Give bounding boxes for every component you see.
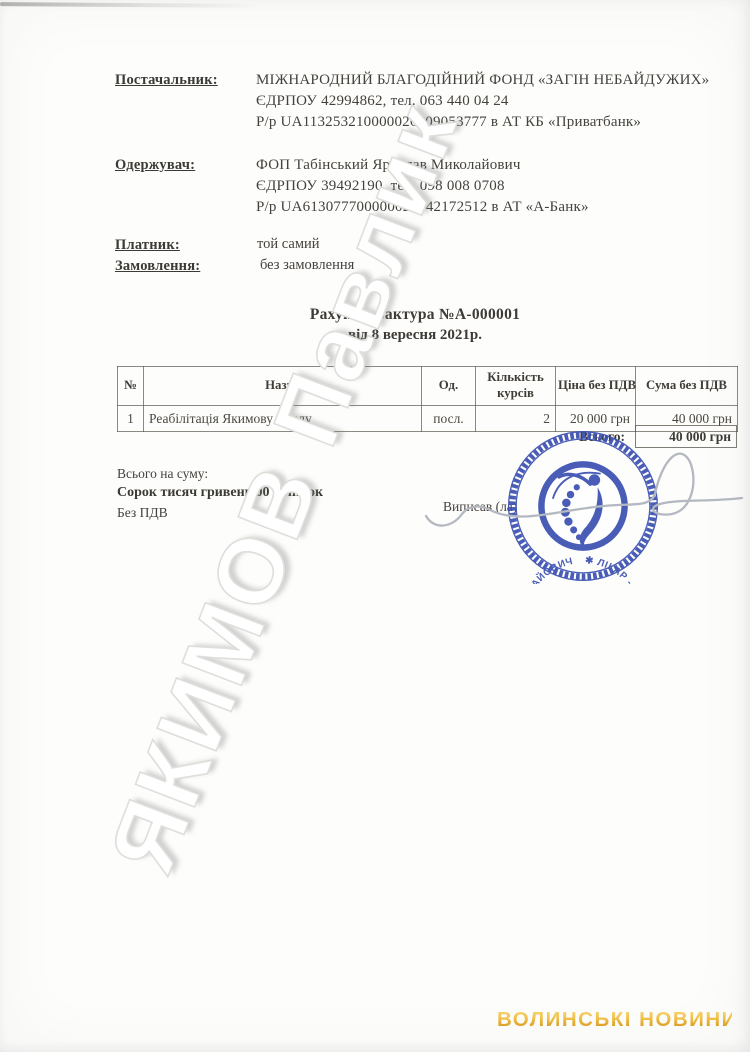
order-label: Замовлення:	[115, 258, 200, 275]
col-header-num: №	[118, 367, 144, 406]
signature-stroke-icon	[408, 432, 748, 552]
sum-label: Всього на суму:	[117, 466, 208, 482]
payer-value: той самий	[257, 236, 320, 253]
receiver-label: Одержувач:	[115, 157, 195, 174]
invoice-title-line2: від 8 вересня 2021р.	[215, 327, 615, 344]
table-header-row: № Назва Од. Кількість курсів Ціна без ПД…	[118, 367, 738, 406]
supplier-account-line: Р/р UA113253210000026009053777 в АТ КБ «…	[256, 112, 709, 133]
invoice-title-line1: Рахунок фактура №А-000001	[215, 306, 615, 324]
col-header-unit: Од.	[422, 367, 476, 406]
col-header-price: Ціна без ПДВ	[556, 367, 636, 406]
signature	[408, 432, 748, 557]
col-header-sum: Сума без ПДВ	[636, 367, 738, 406]
scanned-invoice-page: Постачальник: МІЖНАРОДНИЙ БЛАГОДІЙНИЙ ФО…	[0, 0, 750, 1052]
payer-label: Платник:	[115, 237, 180, 254]
supplier-label: Постачальник:	[115, 72, 218, 89]
vat-note: Без ПДВ	[117, 505, 168, 521]
supplier-id-line: ЄДРПОУ 42994862, тел. 063 440 04 24	[256, 91, 709, 112]
items-table: № Назва Од. Кількість курсів Ціна без ПД…	[117, 366, 738, 432]
supplier-details: МІЖНАРОДНИЙ БЛАГОДІЙНИЙ ФОНД «ЗАГІН НЕБА…	[256, 70, 709, 134]
scan-artifact-line	[0, 2, 258, 8]
supplier-name: МІЖНАРОДНИЙ БЛАГОДІЙНИЙ ФОНД «ЗАГІН НЕБА…	[256, 70, 709, 91]
invoice-title: Рахунок фактура №А-000001 від 8 вересня …	[215, 306, 615, 344]
news-brand-watermark: ВОЛИНСЬКІ НОВИНИ	[497, 1008, 732, 1032]
col-header-qty: Кількість курсів	[476, 367, 556, 406]
